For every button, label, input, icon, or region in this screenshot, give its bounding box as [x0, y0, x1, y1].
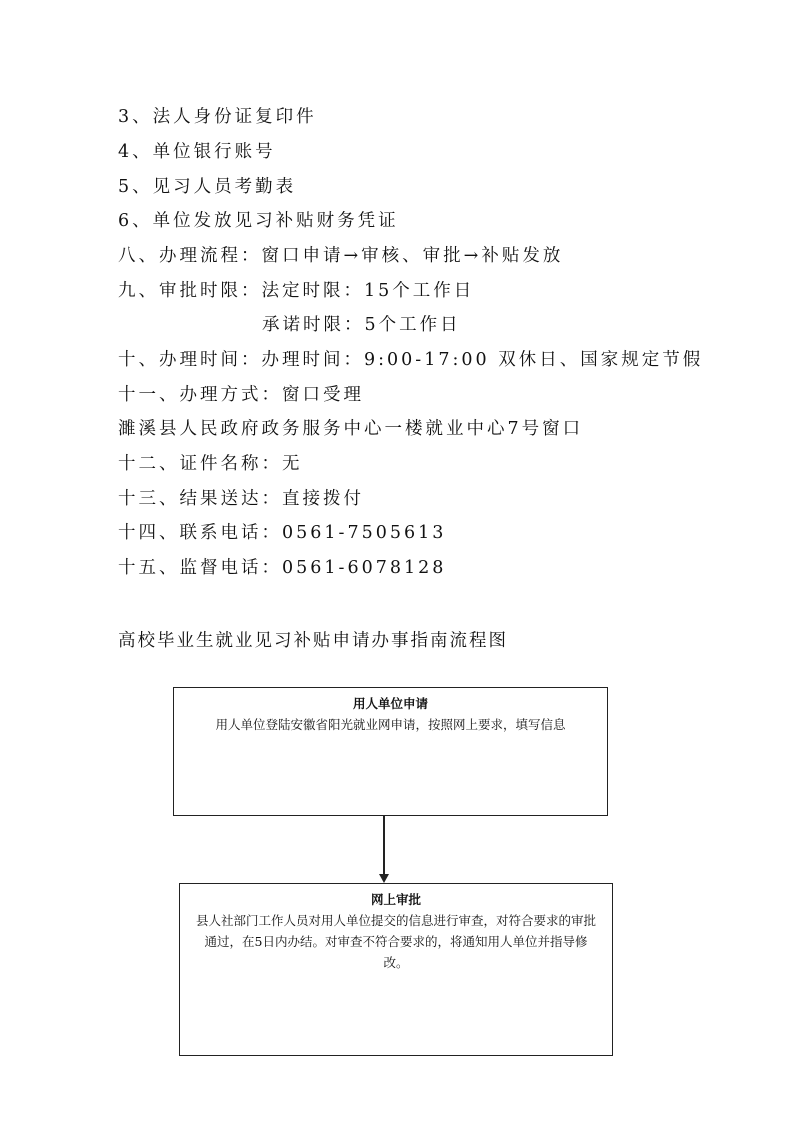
step-apply-title: 用人单位申请: [174, 694, 607, 714]
section-10-hours: 十、办理时间：办理时间：9:00-17:00 双休日、国家规定节假: [118, 349, 703, 371]
section-8-process: 八、办理流程：窗口申请→审核、审批→补贴发放: [118, 245, 563, 267]
section-12-certificate: 十二、证件名称：无: [118, 453, 303, 475]
flowchart-step-review: 网上审批 县人社部门工作人员对用人单位提交的信息进行审查，对符合要求的审批通过，…: [179, 883, 613, 1056]
section-9-promised-limit: 承诺时限：5个工作日: [262, 314, 461, 336]
flow-arrow-head-icon: [379, 874, 389, 883]
section-14-contact-phone: 十四、联系电话：0561-7505613: [118, 522, 446, 544]
item-3-line: 3、法人身份证复印件: [118, 106, 317, 128]
service-location: 濉溪县人民政府政务服务中心一楼就业中心7号窗口: [118, 418, 583, 440]
step-review-text: 县人社部门工作人员对用人单位提交的信息进行审查，对符合要求的审批通过，在5日内办…: [180, 910, 612, 973]
section-11-method: 十一、办理方式：窗口受理: [118, 384, 364, 406]
flowchart-step-apply: 用人单位申请 用人单位登陆安徽省阳光就业网申请，按照网上要求，填写信息: [173, 687, 608, 816]
item-5-line: 5、见习人员考勤表: [118, 176, 296, 198]
item-6-line: 6、单位发放见习补贴财务凭证: [118, 210, 399, 232]
item-4-line: 4、单位银行账号: [118, 141, 276, 163]
step-review-title: 网上审批: [180, 890, 612, 910]
step-apply-text: 用人单位登陆安徽省阳光就业网申请，按照网上要求，填写信息: [174, 714, 607, 735]
flowchart-title: 高校毕业生就业见习补贴申请办事指南流程图: [118, 630, 508, 652]
section-13-delivery: 十三、结果送达：直接拨付: [118, 488, 364, 510]
flow-arrow-line: [383, 815, 385, 875]
section-15-supervision-phone: 十五、监督电话：0561-6078128: [118, 557, 446, 579]
section-9-time-limit: 九、审批时限：法定时限：15个工作日: [118, 280, 474, 302]
